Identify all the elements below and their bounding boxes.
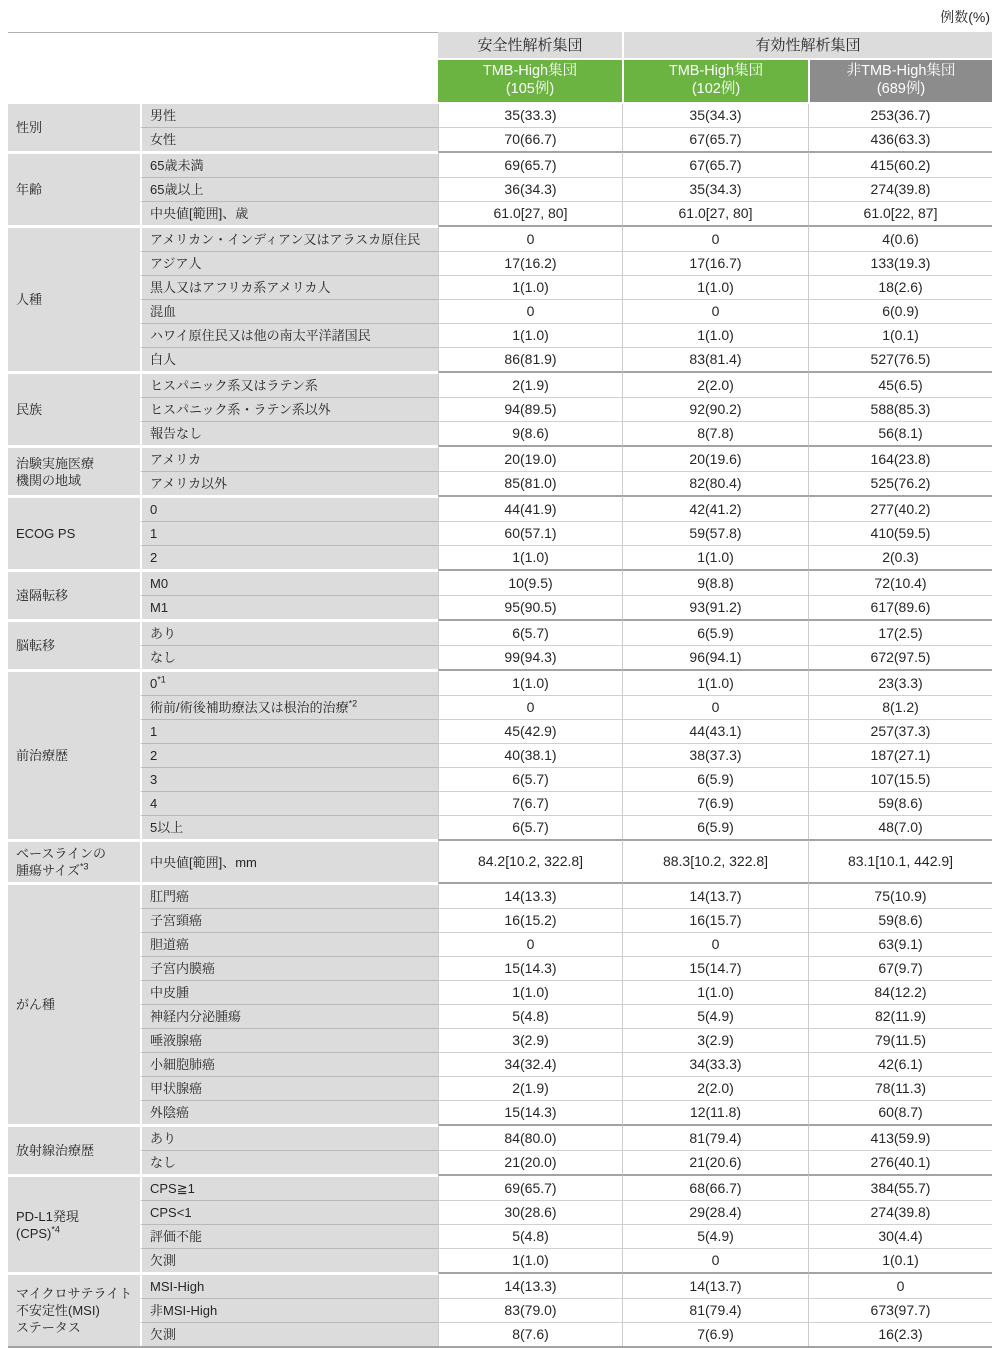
value-cell: 274(39.8) [808,177,992,201]
row-label-cell: 0*1 [140,669,438,695]
value-cell: 6(5.7) [438,815,622,839]
value-cell: 85(81.0) [438,471,622,495]
category-cell: 年齢 [8,151,140,225]
category-label: 民族 [16,402,42,417]
value-cell: 2(2.0) [622,371,808,397]
table-row: 145(42.9)44(43.1)257(37.3) [8,719,992,743]
category-label: ベースラインの [16,846,106,861]
value-cell: 5(4.8) [438,1004,622,1028]
value-cell: 0 [438,695,622,719]
row-label-cell: 白人 [140,347,438,371]
category-label: PD-L1発現 [16,1209,79,1224]
value-cell: 29(28.4) [622,1200,808,1224]
value-cell: 20(19.0) [438,445,622,471]
row-label-cell: 欠測 [140,1322,438,1346]
value-cell: 107(15.5) [808,767,992,791]
table-row: 性別男性35(33.3)35(34.3)253(36.7) [8,104,992,127]
table-row: ベースラインの腫瘍サイズ*3中央値[範囲]、mm84.2[10.2, 322.8… [8,839,992,882]
footnote-marker: *2 [349,699,358,709]
value-cell: 7(6.7) [438,791,622,815]
value-cell: 75(10.9) [808,882,992,908]
row-label-cell: ヒスパニック系・ラテン系以外 [140,397,438,421]
baseline-characteristics-table: 安全性解析集団 有効性解析集団 TMB-High集団(105例) TMB-Hig… [8,32,992,1348]
category-label: 治験実施医療 [16,456,94,471]
row-group: PD-L1発現(CPS)*4CPS≧169(65.7)68(66.7)384(5… [8,1174,992,1272]
value-cell: 1(0.1) [808,1248,992,1272]
value-cell: 6(5.7) [438,767,622,791]
value-cell: 413(59.9) [808,1124,992,1150]
value-cell: 45(6.5) [808,371,992,397]
value-cell: 0 [622,695,808,719]
row-group: 遠隔転移M010(9.5)9(8.8)72(10.4)M195(90.5)93(… [8,569,992,619]
category-cell: 前治療歴 [8,669,140,839]
table-row: なし21(20.0)21(20.6)276(40.1) [8,1150,992,1174]
value-cell: 69(65.7) [438,151,622,177]
row-label-cell: MSI-High [140,1272,438,1298]
value-cell: 14(13.7) [622,882,808,908]
row-label-cell: アメリカン・インディアン又はアラスカ原住民 [140,225,438,251]
table-row: ECOG PS044(41.9)42(41.2)277(40.2) [8,495,992,521]
value-cell: 1(1.0) [438,980,622,1004]
value-cell: 40(38.1) [438,743,622,767]
value-cell: 35(33.3) [438,104,622,127]
value-cell: 8(7.6) [438,1322,622,1346]
category-label: がん種 [16,997,55,1012]
table-row: ハワイ原住民又は他の南太平洋諸国民1(1.0)1(1.0)1(0.1) [8,323,992,347]
category-cell: 遠隔転移 [8,569,140,619]
table-row: 前治療歴0*11(1.0)1(1.0)23(3.3) [8,669,992,695]
row-label-cell: あり [140,1124,438,1150]
value-cell: 17(16.2) [438,251,622,275]
table-row: 小細胞肺癌34(32.4)34(33.3)42(6.1) [8,1052,992,1076]
value-cell: 83(79.0) [438,1298,622,1322]
row-label-cell: 外陰癌 [140,1100,438,1124]
row-label-cell: なし [140,1150,438,1174]
value-cell: 277(40.2) [808,495,992,521]
category-label: マイクロサテライト [16,1286,132,1301]
row-label-cell: 黒人又はアフリカ系アメリカ人 [140,275,438,299]
value-cell: 672(97.5) [808,645,992,669]
value-cell: 276(40.1) [808,1150,992,1174]
value-cell: 48(7.0) [808,815,992,839]
value-cell: 21(20.6) [622,1150,808,1174]
value-cell: 6(5.9) [622,767,808,791]
row-label-cell: 評価不能 [140,1224,438,1248]
table-row: PD-L1発現(CPS)*4CPS≧169(65.7)68(66.7)384(5… [8,1174,992,1200]
table-row: 子宮内膜癌15(14.3)15(14.7)67(9.7) [8,956,992,980]
value-cell: 415(60.2) [808,151,992,177]
value-cell: 1(1.0) [438,275,622,299]
row-label-cell: 中央値[範囲]、mm [140,839,438,882]
value-cell: 16(15.7) [622,908,808,932]
value-cell: 253(36.7) [808,104,992,127]
table-row: CPS<130(28.6)29(28.4)274(39.8) [8,1200,992,1224]
row-label-cell: 65歳未満 [140,151,438,177]
table-row: 65歳以上36(34.3)35(34.3)274(39.8) [8,177,992,201]
value-cell: 2(2.0) [622,1076,808,1100]
row-label-cell: なし [140,645,438,669]
value-cell: 0 [622,299,808,323]
value-cell: 59(8.6) [808,908,992,932]
value-cell: 133(19.3) [808,251,992,275]
row-group: 治験実施医療機関の地域アメリカ20(19.0)20(19.6)164(23.8)… [8,445,992,495]
value-cell: 7(6.9) [622,791,808,815]
population-count: (102例) [692,81,740,97]
category-cell: マイクロサテライト不安定性(MSI)ステータス [8,1272,140,1346]
table-row: 36(5.7)6(5.9)107(15.5) [8,767,992,791]
table-row: 放射線治療歴あり84(80.0)81(79.4)413(59.9) [8,1124,992,1150]
table-row: 白人86(81.9)83(81.4)527(76.5) [8,347,992,371]
table-row: M195(90.5)93(91.2)617(89.6) [8,595,992,619]
table-row: 47(6.7)7(6.9)59(8.6) [8,791,992,815]
table-row: 240(38.1)38(37.3)187(27.1) [8,743,992,767]
row-label-cell: 子宮頸癌 [140,908,438,932]
table-row: 脳転移あり6(5.7)6(5.9)17(2.5) [8,619,992,645]
header-spacer [8,32,438,104]
value-cell: 61.0[27, 80] [438,201,622,225]
table-row: 非MSI-High83(79.0)81(79.4)673(97.7) [8,1298,992,1322]
table-row: ヒスパニック系・ラテン系以外94(89.5)92(90.2)588(85.3) [8,397,992,421]
row-label-cell: 2 [140,743,438,767]
population-count: (689例) [877,81,925,97]
value-cell: 84(12.2) [808,980,992,1004]
category-cell: 放射線治療歴 [8,1124,140,1174]
value-cell: 187(27.1) [808,743,992,767]
category-cell: 民族 [8,371,140,445]
value-cell: 36(34.3) [438,177,622,201]
value-cell: 5(4.9) [622,1224,808,1248]
category-cell: ベースラインの腫瘍サイズ*3 [8,839,140,882]
table-row: 160(57.1)59(57.8)410(59.5) [8,521,992,545]
value-cell: 0 [808,1272,992,1298]
table-row: アジア人17(16.2)17(16.7)133(19.3) [8,251,992,275]
value-cell: 61.0[27, 80] [622,201,808,225]
value-cell: 0 [622,1248,808,1272]
row-label-cell: 甲状腺癌 [140,1076,438,1100]
row-label-cell: 4 [140,791,438,815]
row-label-cell: ハワイ原住民又は他の南太平洋諸国民 [140,323,438,347]
value-cell: 15(14.3) [438,1100,622,1124]
value-cell: 1(1.0) [622,669,808,695]
category-cell: 脳転移 [8,619,140,669]
value-cell: 83(81.4) [622,347,808,371]
value-cell: 67(65.7) [622,127,808,151]
value-cell: 93(91.2) [622,595,808,619]
table-row: 21(1.0)1(1.0)2(0.3) [8,545,992,569]
category-label: 前治療歴 [16,748,68,763]
value-cell: 2(0.3) [808,545,992,569]
value-cell: 72(10.4) [808,569,992,595]
table-row: 神経内分泌腫瘍5(4.8)5(4.9)82(11.9) [8,1004,992,1028]
value-cell: 0 [622,225,808,251]
value-cell: 527(76.5) [808,347,992,371]
value-cell: 12(11.8) [622,1100,808,1124]
value-cell: 0 [622,932,808,956]
table-row: 術前/術後補助療法又は根治的治療*2008(1.2) [8,695,992,719]
footnote-marker: *4 [51,1224,60,1234]
value-cell: 18(2.6) [808,275,992,299]
value-cell: 17(16.7) [622,251,808,275]
value-cell: 38(37.3) [622,743,808,767]
value-cell: 69(65.7) [438,1174,622,1200]
table-row: 年齢65歳未満69(65.7)67(65.7)415(60.2) [8,151,992,177]
value-cell: 42(41.2) [622,495,808,521]
row-label-cell: 5以上 [140,815,438,839]
footnote-marker: *1 [157,675,166,685]
population-name: 非TMB-High集団 [847,63,956,79]
table-row: マイクロサテライト不安定性(MSI)ステータスMSI-High14(13.3)1… [8,1272,992,1298]
col-header-non-tmb-high-efficacy: 非TMB-High集団(689例) [808,60,992,104]
row-label-cell: 術前/術後補助療法又は根治的治療*2 [140,695,438,719]
table-row: 5以上6(5.7)6(5.9)48(7.0) [8,815,992,839]
table-row: 黒人又はアフリカ系アメリカ人1(1.0)1(1.0)18(2.6) [8,275,992,299]
value-cell: 6(0.9) [808,299,992,323]
value-cell: 16(15.2) [438,908,622,932]
value-cell: 1(1.0) [622,323,808,347]
row-label-cell: 65歳以上 [140,177,438,201]
value-cell: 95(90.5) [438,595,622,619]
value-cell: 44(43.1) [622,719,808,743]
row-group: 放射線治療歴あり84(80.0)81(79.4)413(59.9)なし21(20… [8,1124,992,1174]
row-label-cell: 男性 [140,104,438,127]
row-label-cell: 報告なし [140,421,438,445]
value-cell: 20(19.6) [622,445,808,471]
row-group: 脳転移あり6(5.7)6(5.9)17(2.5)なし99(94.3)96(94.… [8,619,992,669]
value-cell: 1(1.0) [438,323,622,347]
table-row: 中皮腫1(1.0)1(1.0)84(12.2) [8,980,992,1004]
population-name: TMB-High集団 [483,63,577,79]
table-row: なし99(94.3)96(94.1)672(97.5) [8,645,992,669]
value-cell: 61.0[22, 87] [808,201,992,225]
value-cell: 82(11.9) [808,1004,992,1028]
category-label: (CPS) [16,1226,51,1241]
row-label-cell: 女性 [140,127,438,151]
table-row: 混血006(0.9) [8,299,992,323]
population-count: (105例) [506,81,554,97]
value-cell: 35(34.3) [622,177,808,201]
row-label-cell: 2 [140,545,438,569]
value-cell: 86(81.9) [438,347,622,371]
header-efficacy-population: 有効性解析集団 [622,32,992,60]
value-cell: 1(1.0) [622,545,808,569]
table-row: 中央値[範囲]、歳61.0[27, 80]61.0[27, 80]61.0[22… [8,201,992,225]
header-safety-population: 安全性解析集団 [438,32,622,60]
value-cell: 6(5.7) [438,619,622,645]
value-cell: 436(63.3) [808,127,992,151]
value-cell: 5(4.8) [438,1224,622,1248]
value-cell: 0 [438,932,622,956]
row-label-cell: 混血 [140,299,438,323]
value-cell: 67(65.7) [622,151,808,177]
row-label-cell: 1 [140,521,438,545]
value-cell: 84(80.0) [438,1124,622,1150]
value-cell: 384(55.7) [808,1174,992,1200]
value-cell: 82(80.4) [622,471,808,495]
value-cell: 588(85.3) [808,397,992,421]
row-group: がん種肛門癌14(13.3)14(13.7)75(10.9)子宮頸癌16(15.… [8,882,992,1124]
row-label-cell: アメリカ [140,445,438,471]
table-row: 報告なし9(8.6)8(7.8)56(8.1) [8,421,992,445]
value-cell: 1(1.0) [438,669,622,695]
category-label: 放射線治療歴 [16,1143,94,1158]
value-cell: 60(8.7) [808,1100,992,1124]
category-label: 人種 [16,292,42,307]
table-row: 甲状腺癌2(1.9)2(2.0)78(11.3) [8,1076,992,1100]
value-cell: 1(1.0) [438,1248,622,1272]
value-cell: 42(6.1) [808,1052,992,1076]
value-cell: 1(1.0) [438,545,622,569]
table-row: 遠隔転移M010(9.5)9(8.8)72(10.4) [8,569,992,595]
value-cell: 16(2.3) [808,1322,992,1346]
col-header-tmb-high-efficacy: TMB-High集団(102例) [622,60,808,104]
value-cell: 673(97.7) [808,1298,992,1322]
value-cell: 56(8.1) [808,421,992,445]
row-label-cell: あり [140,619,438,645]
table-row: 胆道癌0063(9.1) [8,932,992,956]
row-label-cell: 中皮腫 [140,980,438,1004]
table-header: 安全性解析集団 有効性解析集団 TMB-High集団(105例) TMB-Hig… [8,32,992,104]
row-group: 前治療歴0*11(1.0)1(1.0)23(3.3)術前/術後補助療法又は根治的… [8,669,992,839]
value-cell: 30(28.6) [438,1200,622,1224]
row-label-cell: 胆道癌 [140,932,438,956]
value-cell: 1(1.0) [622,980,808,1004]
value-cell: 6(5.9) [622,619,808,645]
value-cell: 8(1.2) [808,695,992,719]
category-label: 年齢 [16,182,42,197]
value-cell: 1(1.0) [622,275,808,299]
col-header-tmb-high-safety: TMB-High集団(105例) [438,60,622,104]
value-cell: 34(33.3) [622,1052,808,1076]
value-cell: 10(9.5) [438,569,622,595]
row-label-cell: 0 [140,495,438,521]
value-cell: 45(42.9) [438,719,622,743]
row-label-cell: M1 [140,595,438,619]
category-cell: 治験実施医療機関の地域 [8,445,140,495]
footnote-marker: *3 [80,862,89,872]
table-row: 子宮頸癌16(15.2)16(15.7)59(8.6) [8,908,992,932]
value-cell: 83.1[10.1, 442.9] [808,839,992,882]
value-cell: 59(8.6) [808,791,992,815]
value-cell: 5(4.9) [622,1004,808,1028]
category-cell: 人種 [8,225,140,371]
row-label-cell: 中央値[範囲]、歳 [140,201,438,225]
value-cell: 14(13.3) [438,882,622,908]
category-label: 不安定性(MSI) [16,1303,100,1318]
row-label-cell: 神経内分泌腫瘍 [140,1004,438,1028]
value-cell: 96(94.1) [622,645,808,669]
row-label-cell: 子宮内膜癌 [140,956,438,980]
row-label-cell: 唾液腺癌 [140,1028,438,1052]
value-cell: 78(11.3) [808,1076,992,1100]
category-label: ステータス [16,1320,81,1335]
value-cell: 99(94.3) [438,645,622,669]
value-cell: 17(2.5) [808,619,992,645]
value-cell: 410(59.5) [808,521,992,545]
row-label-cell: 1 [140,719,438,743]
value-cell: 79(11.5) [808,1028,992,1052]
value-cell: 63(9.1) [808,932,992,956]
value-cell: 9(8.8) [622,569,808,595]
table-row: 唾液腺癌3(2.9)3(2.9)79(11.5) [8,1028,992,1052]
value-cell: 94(89.5) [438,397,622,421]
value-cell: 60(57.1) [438,521,622,545]
unit-label: 例数(%) [0,0,1000,32]
value-cell: 14(13.3) [438,1272,622,1298]
value-cell: 59(57.8) [622,521,808,545]
value-cell: 6(5.9) [622,815,808,839]
row-label-cell: CPS≧1 [140,1174,438,1200]
table-row: がん種肛門癌14(13.3)14(13.7)75(10.9) [8,882,992,908]
value-cell: 14(13.7) [622,1272,808,1298]
row-label-cell: 3 [140,767,438,791]
row-group: ECOG PS044(41.9)42(41.2)277(40.2)160(57.… [8,495,992,569]
value-cell: 70(66.7) [438,127,622,151]
value-cell: 81(79.4) [622,1298,808,1322]
value-cell: 0 [438,299,622,323]
value-cell: 23(3.3) [808,669,992,695]
table-row: 人種アメリカン・インディアン又はアラスカ原住民004(0.6) [8,225,992,251]
value-cell: 4(0.6) [808,225,992,251]
row-label-cell: 小細胞肺癌 [140,1052,438,1076]
category-label: 脳転移 [16,638,55,653]
value-cell: 15(14.3) [438,956,622,980]
table-row: 女性70(66.7)67(65.7)436(63.3) [8,127,992,151]
category-label: 遠隔転移 [16,588,68,603]
value-cell: 8(7.8) [622,421,808,445]
value-cell: 2(1.9) [438,371,622,397]
category-label: 腫瘍サイズ [16,863,80,878]
table-row: 外陰癌15(14.3)12(11.8)60(8.7) [8,1100,992,1124]
value-cell: 164(23.8) [808,445,992,471]
category-label: 機関の地域 [16,473,81,488]
value-cell: 30(4.4) [808,1224,992,1248]
row-label-cell: ヒスパニック系又はラテン系 [140,371,438,397]
row-group: 性別男性35(33.3)35(34.3)253(36.7)女性70(66.7)6… [8,104,992,151]
row-group: 民族ヒスパニック系又はラテン系2(1.9)2(2.0)45(6.5)ヒスパニック… [8,371,992,445]
table-row: アメリカ以外85(81.0)82(80.4)525(76.2) [8,471,992,495]
table-row: 民族ヒスパニック系又はラテン系2(1.9)2(2.0)45(6.5) [8,371,992,397]
value-cell: 67(9.7) [808,956,992,980]
table-row: 治験実施医療機関の地域アメリカ20(19.0)20(19.6)164(23.8) [8,445,992,471]
row-label-cell: 欠測 [140,1248,438,1272]
value-cell: 84.2[10.2, 322.8] [438,839,622,882]
population-group-row: 安全性解析集団 有効性解析集団 [8,32,992,60]
population-name: TMB-High集団 [669,63,763,79]
row-group: ベースラインの腫瘍サイズ*3中央値[範囲]、mm84.2[10.2, 322.8… [8,839,992,882]
row-label-cell: アメリカ以外 [140,471,438,495]
category-cell: がん種 [8,882,140,1124]
value-cell: 257(37.3) [808,719,992,743]
row-label-cell: CPS<1 [140,1200,438,1224]
category-cell: 性別 [8,104,140,151]
row-group: 人種アメリカン・インディアン又はアラスカ原住民004(0.6)アジア人17(16… [8,225,992,371]
value-cell: 92(90.2) [622,397,808,421]
value-cell: 617(89.6) [808,595,992,619]
row-group: 年齢65歳未満69(65.7)67(65.7)415(60.2)65歳以上36(… [8,151,992,225]
row-label-cell: 肛門癌 [140,882,438,908]
row-label-cell: アジア人 [140,251,438,275]
value-cell: 15(14.7) [622,956,808,980]
value-cell: 7(6.9) [622,1322,808,1346]
value-cell: 525(76.2) [808,471,992,495]
value-cell: 274(39.8) [808,1200,992,1224]
category-label: 性別 [16,120,42,135]
value-cell: 81(79.4) [622,1124,808,1150]
value-cell: 68(66.7) [622,1174,808,1200]
value-cell: 9(8.6) [438,421,622,445]
table-row: 欠測1(1.0)01(0.1) [8,1248,992,1272]
row-label-cell: 非MSI-High [140,1298,438,1322]
